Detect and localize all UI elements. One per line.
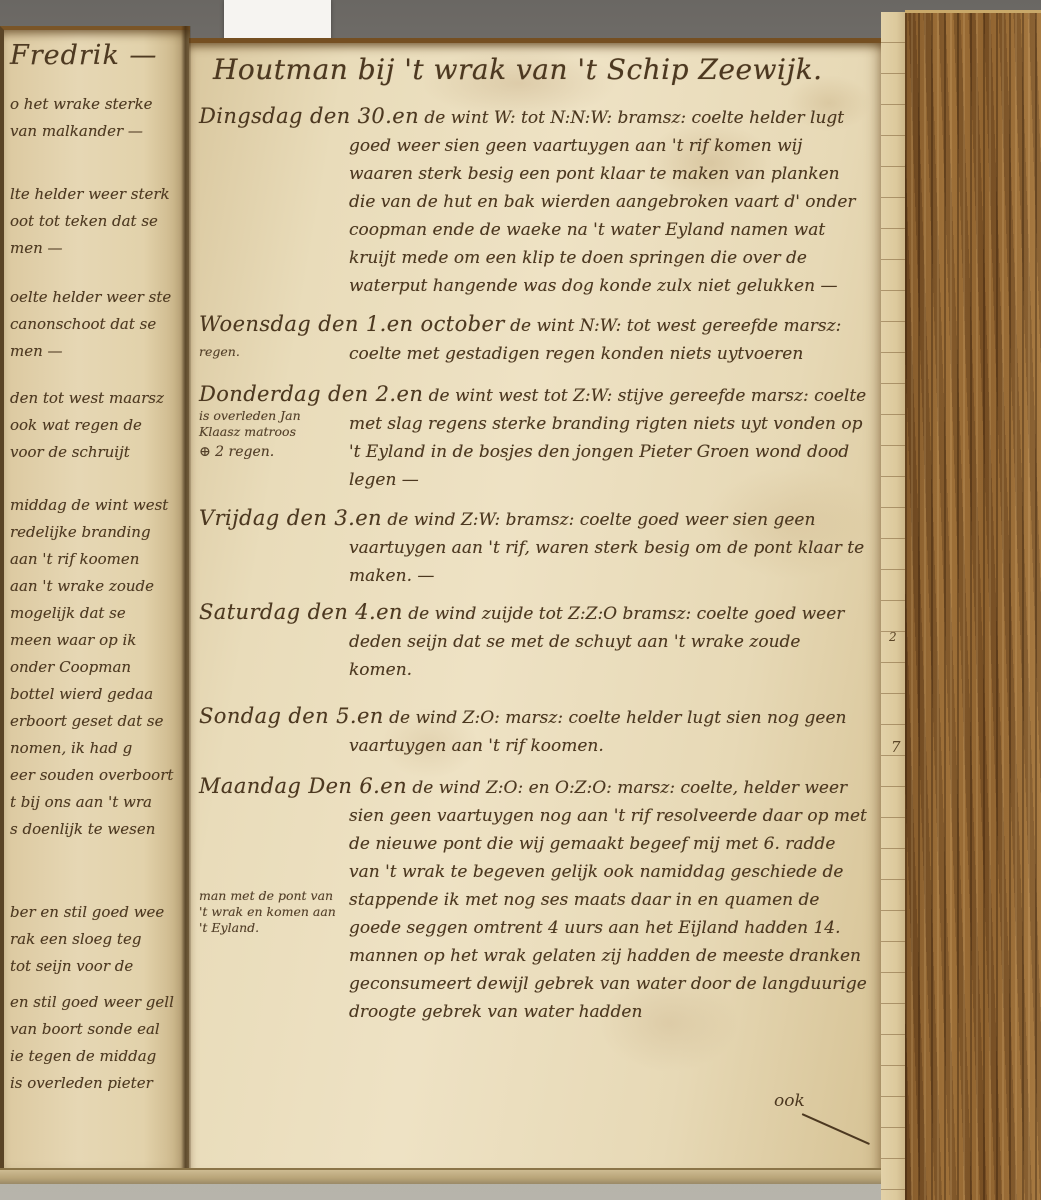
entry-day: Sondag den 5.en — [199, 704, 384, 728]
entry-day: Maandag Den 6.en — [199, 774, 407, 798]
entry-body: de wind Z:O: marsz: coelte helder lugt s… — [349, 708, 846, 756]
entry-day: Dingsdag den 30.en — [199, 104, 419, 128]
left-page-paragraph: ber en stil goed wee rak een sloeg teg t… — [10, 899, 186, 980]
fore-edge-ink-mark: 2 — [889, 630, 897, 644]
left-page-header: Fredrik — — [10, 40, 186, 71]
margin-note: man met de pont van 't wrak en komen aan… — [199, 888, 341, 936]
entry-body: de wint west tot Z:W: stijve gereefde ma… — [349, 386, 866, 490]
entry-body: de wind Z:W: bramsz: coelte goed weer si… — [349, 510, 864, 586]
right-page-content: Houtman bij 't wrak van 't Schip Zeewijk… — [189, 43, 881, 1026]
margin-note: is overleden Jan Klaasz matroos — [199, 408, 341, 440]
entry-day: Donderdag den 2.en — [199, 382, 423, 406]
journal-entry-sondag-5: Sondag den 5.en de wind Z:O: marsz: coel… — [199, 702, 867, 760]
left-page-paragraph: o het wrake sterke van malkander — — [10, 91, 186, 145]
left-page-paragraph: lte helder weer sterk oot tot teken dat … — [10, 181, 186, 262]
fore-edge-page-block — [905, 10, 1041, 1200]
margin-note: ⊕ 2 regen. — [199, 444, 341, 460]
page-title: Houtman bij 't wrak van 't Schip Zeewijk… — [213, 53, 867, 86]
journal-entry-woensdag-1-october: regen. Woensdag den 1.en october de wint… — [199, 310, 867, 368]
book-gutter — [181, 26, 191, 1168]
catchword-text: ook — [774, 1091, 805, 1111]
right-page: Houtman bij 't wrak van 't Schip Zeewijk… — [189, 38, 881, 1173]
left-page-paragraph: middag de wint west redelijke branding a… — [10, 492, 186, 843]
catchword-flourish — [802, 1113, 870, 1145]
entry-day: Woensdag den 1.en october — [199, 312, 505, 336]
journal-entry-vrijdag-3: Vrijdag den 3.en de wind Z:W: bramsz: co… — [199, 504, 867, 590]
left-page: Fredrik — o het wrake sterke van malkand… — [0, 26, 190, 1172]
entry-day: Vrijdag den 3.en — [199, 506, 382, 530]
fore-edge-ink-mark: 7 — [891, 738, 901, 756]
entry-body: de wind Z:O: en O:Z:O: marsz: coelte, he… — [349, 778, 867, 1022]
journal-entry-donderdag-2: is overleden Jan Klaasz matroos ⊕ 2 rege… — [199, 380, 867, 494]
catchword: ook — [774, 1091, 805, 1111]
entry-body: de wind zuijde tot Z:Z:O bramsz: coelte … — [349, 604, 844, 680]
journal-entry-maandag-6: man met de pont van 't wrak en komen aan… — [199, 772, 867, 1026]
bottom-page-edges — [0, 1168, 881, 1184]
left-page-paragraph: den tot west maarsz ook wat regen de voo… — [10, 385, 186, 466]
page-edges-strip: 7 2 — [881, 12, 907, 1200]
journal-entry-dingsdag-30: Dingsdag den 30.en de wint W: tot N:N:W:… — [199, 102, 867, 300]
left-page-content: Fredrik — o het wrake sterke van malkand… — [4, 30, 190, 1097]
left-page-paragraph: en stil goed weer gell van boort sonde e… — [10, 989, 186, 1097]
entry-day: Saturdag den 4.en — [199, 600, 403, 624]
manuscript-photo: Fredrik — o het wrake sterke van malkand… — [0, 0, 1041, 1200]
journal-entry-saturdag-4: Saturdag den 4.en de wind zuijde tot Z:Z… — [199, 598, 867, 684]
entry-body: de wint W: tot N:N:W: bramsz: coelte hel… — [349, 108, 856, 296]
left-page-paragraph: oelte helder weer ste canonschoot dat se… — [10, 284, 186, 365]
margin-note: regen. — [199, 344, 341, 360]
